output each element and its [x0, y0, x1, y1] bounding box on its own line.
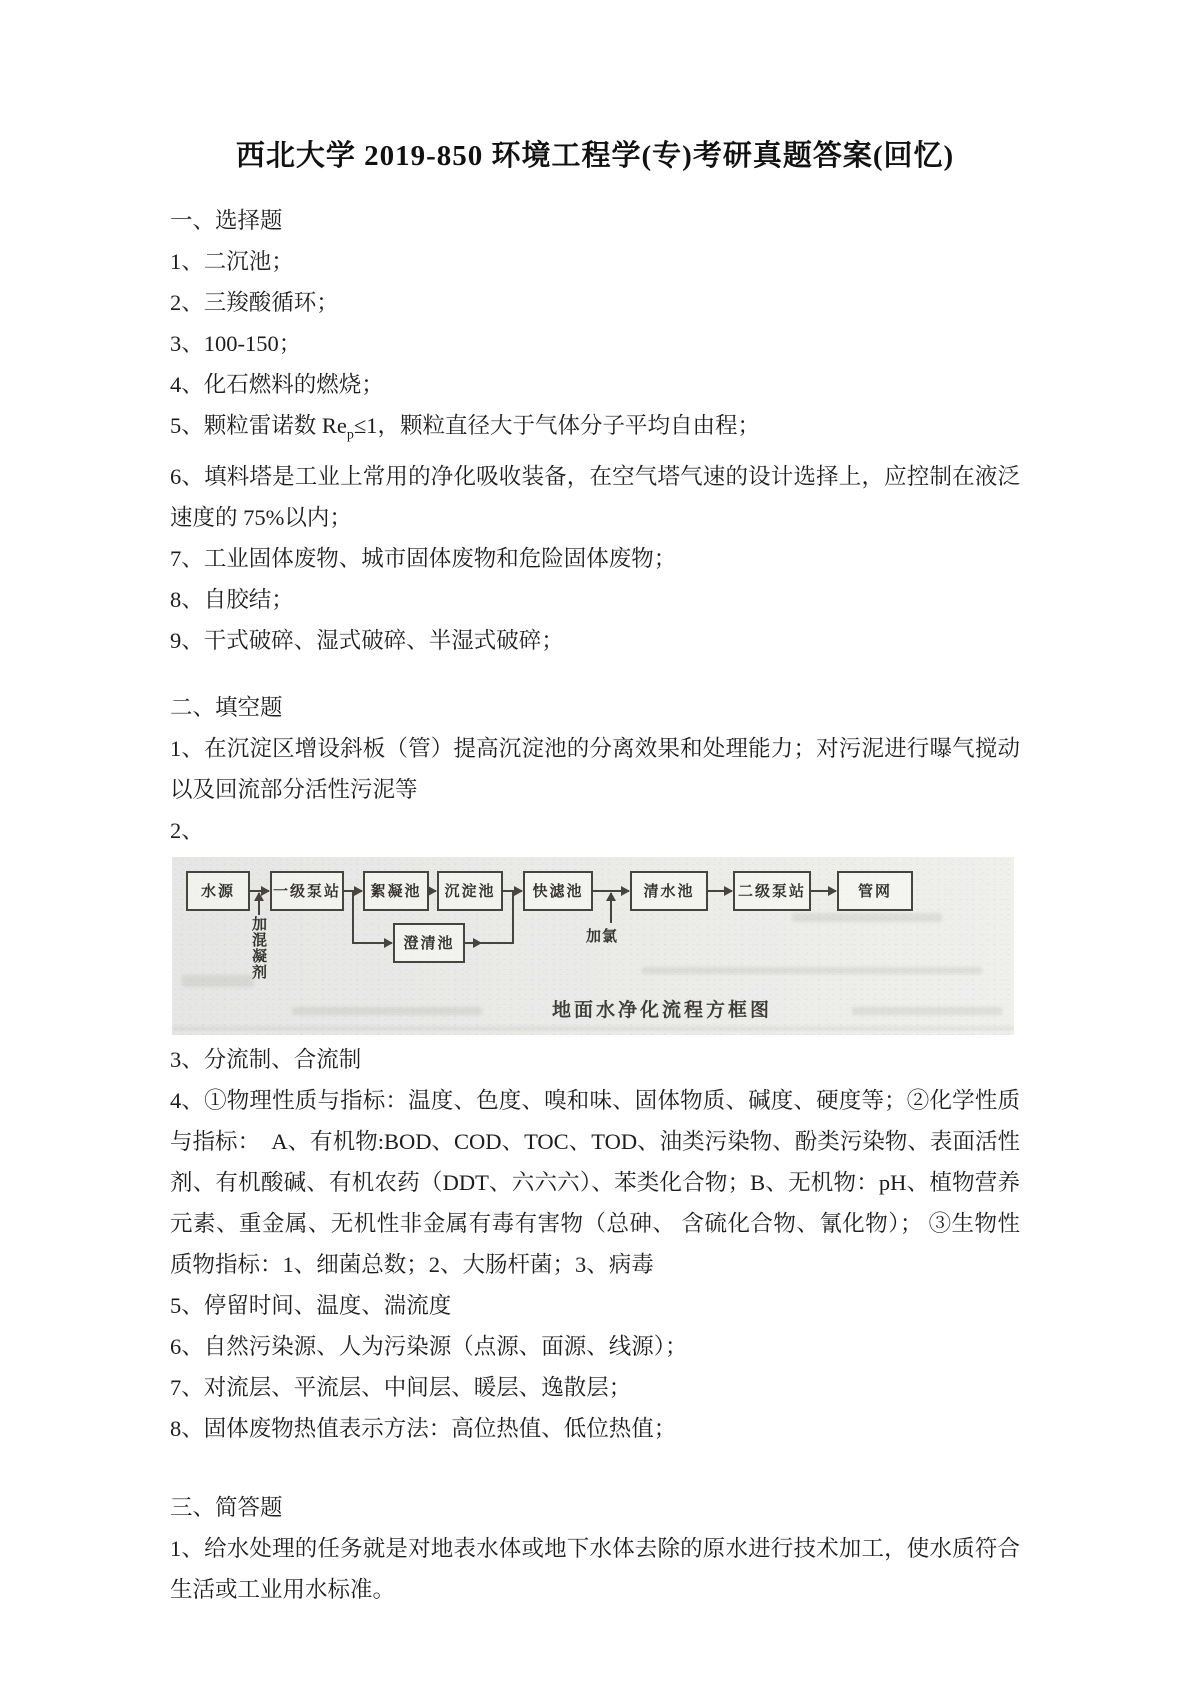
bypass-out-connector-icon [465, 942, 481, 944]
coagulant-arrow-icon [258, 893, 260, 915]
s1-item-6: 6、填料塔是工业上常用的净化吸收装备，在空气塔气速的设计选择上，应控制在液泛速度… [170, 456, 1020, 538]
flow-node-primary-pump: 一级泵站 [270, 871, 344, 911]
coagulant-label: 加混凝剂 [251, 917, 268, 981]
section-1-heading: 一、选择题 [170, 200, 1020, 241]
flow-node-clear-water-tank: 清水池 [630, 871, 708, 911]
s2-item-8: 8、固体废物热值表示方法：高位热值、低位热值； [170, 1408, 1020, 1449]
s1-item-1: 1、二沉池； [170, 241, 1020, 282]
scan-artifact [792, 913, 942, 922]
bypass-drop-line [352, 891, 354, 943]
document-page: 西北大学 2019-850 环境工程学(专)考研真题答案(回忆) 一、选择题 1… [0, 0, 1190, 1683]
page-title: 西北大学 2019-850 环境工程学(专)考研真题答案(回忆) [170, 138, 1020, 174]
scan-artifact [642, 967, 982, 974]
flow-node-sedimentation: 沉淀池 [437, 871, 503, 911]
s2-item-1: 1、在沉淀区增设斜板（管）提高沉淀池的分离效果和处理能力；对污泥进行曝气搅动以及… [170, 728, 1020, 810]
s1-item-5: 5、颗粒雷诺数 Rep≤1，颗粒直径大于气体分子平均自由程； [170, 405, 1020, 456]
flow-node-water-source: 水源 [186, 871, 250, 911]
s2-item-2-label: 2、 [170, 810, 1020, 851]
flow-node-rapid-filter: 快滤池 [523, 871, 593, 911]
scan-artifact [852, 1007, 1002, 1015]
s1-item-8: 8、自胶结； [170, 579, 1020, 620]
flow-diagram-scan: 水源 一级泵站 絮凝池 沉淀池 快滤池 清水池 二级泵站 管网 澄清池 加混凝剂… [172, 857, 1014, 1035]
bypass-in-connector-icon [352, 942, 392, 944]
document-content: 西北大学 2019-850 环境工程学(专)考研真题答案(回忆) 一、选择题 1… [0, 0, 1190, 1610]
s2-item-4: 4、①物理性质与指标：温度、色度、嗅和味、固体物质、碱度、硬度等；②化学性质与指… [170, 1080, 1020, 1285]
diagram-caption: 地面水净化流程方框图 [472, 995, 852, 1022]
flow-node-clarifier: 澄清池 [393, 923, 465, 963]
s1-item-4: 4、化石燃料的燃烧； [170, 364, 1020, 405]
s1-item-2: 2、三羧酸循环； [170, 282, 1020, 323]
s3-item-1: 1、给水处理的任务就是对地表水体或地下水体去除的原水进行技术加工，使水质符合生活… [170, 1528, 1020, 1610]
s1-item-3: 3、100-150； [170, 323, 1020, 364]
s2-item-7: 7、对流层、平流层、中间层、暖层、逸散层； [170, 1367, 1020, 1408]
s1-item-5-subscript: p [347, 428, 354, 443]
bypass-rise-line [512, 891, 514, 944]
section-2-heading: 二、填空题 [170, 687, 1020, 728]
scan-artifact [182, 975, 254, 987]
flow-connector-icon [811, 890, 836, 892]
s1-item-9: 9、干式破碎、湿式破碎、半湿式破碎； [170, 620, 1020, 661]
section-3-heading: 三、简答题 [170, 1487, 1020, 1528]
s1-item-5-post: ≤1，颗粒直径大于气体分子平均自由程； [354, 413, 760, 438]
flow-node-flocculation: 絮凝池 [363, 871, 429, 911]
flow-node-secondary-pump: 二级泵站 [733, 871, 811, 911]
flow-connector-icon [708, 890, 732, 892]
chlorine-label: 加氯 [586, 925, 618, 946]
s2-item-5: 5、停留时间、温度、湍流度 [170, 1285, 1020, 1326]
s1-item-5-pre: 5、颗粒雷诺数 Re [170, 413, 347, 438]
scan-artifact [172, 1027, 1014, 1030]
chlorine-arrow-icon [610, 893, 612, 923]
scan-artifact [292, 1007, 482, 1015]
s2-item-6: 6、自然污染源、人为污染源（点源、面源、线源）； [170, 1326, 1020, 1367]
bypass-return-line [481, 942, 514, 944]
flow-connector-icon [429, 890, 436, 892]
flow-node-pipe-network: 管网 [837, 871, 913, 911]
s2-item-3: 3、分流制、合流制 [170, 1039, 1020, 1080]
s1-item-7: 7、工业固体废物、城市固体废物和危险固体废物； [170, 538, 1020, 579]
